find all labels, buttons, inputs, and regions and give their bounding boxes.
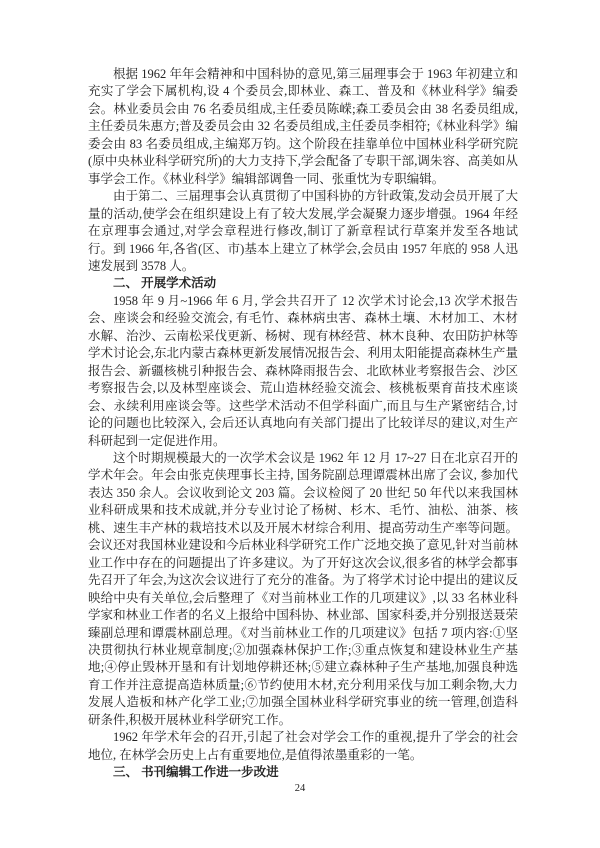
paragraph: 1958 年 9 月~1966 年 6 月, 学会共召开了 12 次学术讨论会,… bbox=[88, 293, 518, 450]
section-heading: 二、 开展学术活动 bbox=[88, 275, 518, 292]
document-page: 根据 1962 年年会精神和中国科协的意见,第三届理事会于 1963 年初建立和… bbox=[0, 0, 600, 848]
paragraph: 这个时期规模最大的一次学术会议是 1962 年 12 月 17~27 日在北京召… bbox=[88, 450, 518, 729]
document-body: 根据 1962 年年会精神和中国科协的意见,第三届理事会于 1963 年初建立和… bbox=[88, 66, 518, 782]
paragraph: 1962 年学术年会的召开,引起了社会对学会工作的重视,提升了学会的社会地位, … bbox=[88, 729, 518, 764]
page-number: 24 bbox=[0, 783, 600, 794]
paragraph: 根据 1962 年年会精神和中国科协的意见,第三届理事会于 1963 年初建立和… bbox=[88, 66, 518, 188]
paragraph: 由于第二、三届理事会认真贯彻了中国科协的方针政策,发动会员开展了大量的活动,使学… bbox=[88, 188, 518, 275]
section-heading: 三、 书刊编辑工作进一步改进 bbox=[88, 764, 518, 781]
